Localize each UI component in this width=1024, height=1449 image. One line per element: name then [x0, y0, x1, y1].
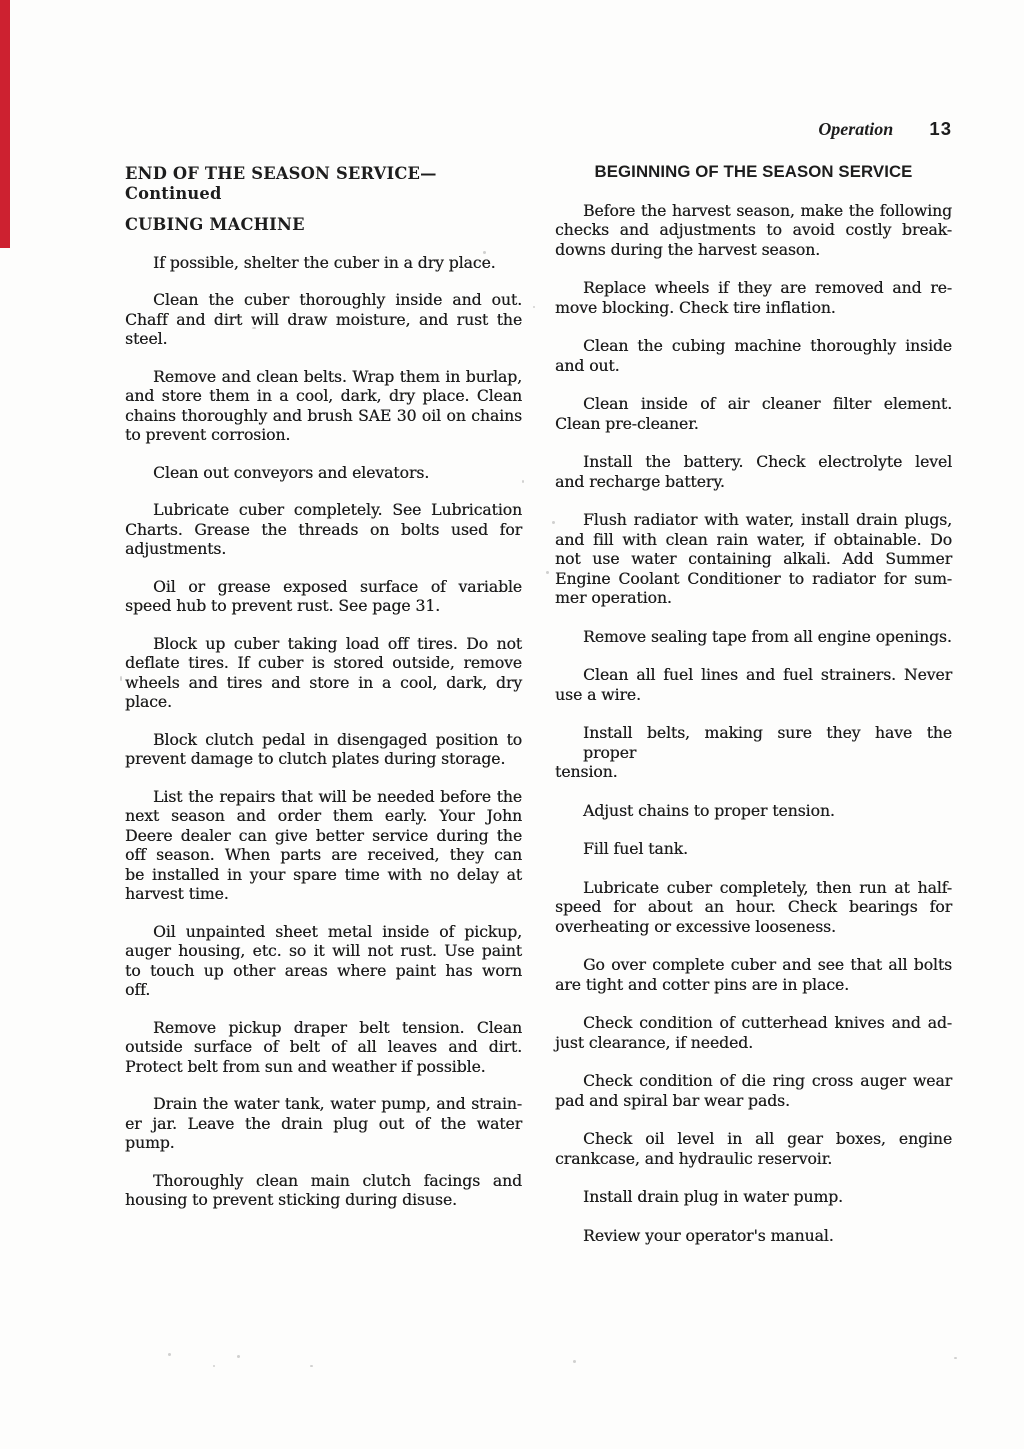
text-line: auger housing, etc. so it will not rust.…	[125, 941, 522, 961]
scan-speck	[252, 327, 256, 329]
paragraph: Check condition of cutterhead knives and…	[555, 1013, 952, 1052]
text-line: Flush radiator with water, install drain…	[555, 510, 952, 530]
text-line: checks and adjustments to avoid costly b…	[555, 220, 952, 240]
paragraph: Remove sealing tape from all engine open…	[555, 627, 952, 647]
text-line: deflate tires. If cuber is stored outsid…	[125, 653, 522, 673]
paragraph: Lubricate cuber completely. See Lubricat…	[125, 500, 522, 559]
text-line: wheels and tires and store in a cool, da…	[125, 673, 522, 693]
text-line: to touch up other areas where paint has …	[125, 961, 522, 981]
text-line: overheating or excessive looseness.	[555, 917, 952, 937]
scan-speck	[237, 1355, 240, 1358]
scan-speck	[310, 1365, 313, 1367]
paragraph: Remove and clean belts. Wrap them in bur…	[125, 367, 522, 445]
text-line: Review your operator's manual.	[555, 1226, 952, 1246]
text-line: move blocking. Check tire inflation.	[555, 298, 952, 318]
text-line: Oil or grease exposed surface of variabl…	[125, 577, 522, 597]
paragraph: List the repairs that will be needed bef…	[125, 787, 522, 904]
text-line: outside surface of belt of all leaves an…	[125, 1037, 522, 1057]
text-line: and fill with clean rain water, if obtai…	[555, 530, 952, 550]
text-line: housing to prevent sticking during disus…	[125, 1190, 522, 1210]
paragraph: Check condition of die ring cross auger …	[555, 1071, 952, 1110]
scan-speck	[483, 251, 486, 254]
text-line: harvest time.	[125, 884, 522, 904]
text-line: mer operation.	[555, 588, 952, 608]
text-line: Check condition of cutterhead knives and…	[555, 1013, 952, 1033]
paragraph: Clean inside of air cleaner filter eleme…	[555, 394, 952, 433]
text-line: off.	[125, 980, 522, 1000]
right-column-heading: BEGINNING OF THE SEASON SERVICE	[555, 162, 952, 182]
text-line: Go over complete cuber and see that all …	[555, 955, 952, 975]
text-line: Chaff and dirt will draw moisture, and r…	[125, 310, 522, 330]
paragraph: Go over complete cuber and see that all …	[555, 955, 952, 994]
paragraph: Lubricate cuber completely, then run at …	[555, 878, 952, 937]
scan-speck	[522, 480, 524, 483]
text-line: speed hub to prevent rust. See page 31.	[125, 596, 522, 616]
left-column: END OF THE SEASON SERVICE—Continued CUBI…	[125, 164, 522, 1210]
text-line: Protect belt from sun and weather if pos…	[125, 1057, 522, 1077]
paragraph: Thoroughly clean main clutch facings and…	[125, 1171, 522, 1210]
text-line: Clean inside of air cleaner filter eleme…	[555, 394, 952, 414]
text-line: are tight and cotter pins are in place.	[555, 975, 952, 995]
text-line: Install belts, making sure they have the…	[555, 723, 952, 762]
paragraph: Adjust chains to proper tension.	[555, 801, 952, 821]
left-column-subheading: CUBING MACHINE	[125, 215, 522, 235]
text-line: just clearance, if needed.	[555, 1033, 952, 1053]
scan-speck	[954, 1357, 957, 1359]
paragraph: Oil unpainted sheet metal inside of pick…	[125, 922, 522, 1000]
text-line: speed for about an hour. Check bearings …	[555, 897, 952, 917]
text-line: prevent damage to clutch plates during s…	[125, 749, 522, 769]
paragraph: Remove pickup draper belt tension. Clean…	[125, 1018, 522, 1077]
text-line: Replace wheels if they are removed and r…	[555, 278, 952, 298]
paragraph: Clean out conveyors and elevators.	[125, 463, 522, 483]
paragraph: Clean the cubing machine thoroughly insi…	[555, 336, 952, 375]
paragraph: Install drain plug in water pump.	[555, 1187, 952, 1207]
text-line: next season and order them early. Your J…	[125, 806, 522, 826]
text-line: Thoroughly clean main clutch facings and	[125, 1171, 522, 1191]
text-line: adjustments.	[125, 539, 522, 559]
scan-speck	[573, 1360, 576, 1363]
paragraph: Replace wheels if they are removed and r…	[555, 278, 952, 317]
text-line: place.	[125, 692, 522, 712]
text-line: Oil unpainted sheet metal inside of pick…	[125, 922, 522, 942]
text-line: Drain the water tank, water pump, and st…	[125, 1094, 522, 1114]
text-line: Remove and clean belts. Wrap them in bur…	[125, 367, 522, 387]
text-line: crankcase, and hydraulic reservoir.	[555, 1149, 952, 1169]
text-line: Fill fuel tank.	[555, 839, 952, 859]
left-column-paragraphs: If possible, shelter the cuber in a dry …	[125, 253, 522, 1210]
paragraph: Block clutch pedal in disengaged positio…	[125, 730, 522, 769]
text-line: Adjust chains to proper tension.	[555, 801, 952, 821]
page-number: 13	[929, 118, 952, 139]
text-line: Install drain plug in water pump.	[555, 1187, 952, 1207]
paragraph: Review your operator's manual.	[555, 1226, 952, 1246]
text-line: Block clutch pedal in disengaged positio…	[125, 730, 522, 750]
text-line: Remove sealing tape from all engine open…	[555, 627, 952, 647]
text-line: Check condition of die ring cross auger …	[555, 1071, 952, 1091]
text-line: Check oil level in all gear boxes, engin…	[555, 1129, 952, 1149]
paragraph: Install the battery. Check electrolyte l…	[555, 452, 952, 491]
text-line: Clean the cuber thoroughly inside and ou…	[125, 290, 522, 310]
text-line: steel.	[125, 329, 522, 349]
text-line: Clean the cubing machine thoroughly insi…	[555, 336, 952, 356]
scan-speck	[552, 521, 555, 524]
text-line: Install the battery. Check electrolyte l…	[555, 452, 952, 472]
paragraph: Drain the water tank, water pump, and st…	[125, 1094, 522, 1153]
text-line: pump.	[125, 1133, 522, 1153]
scan-speck	[168, 1353, 171, 1356]
text-line: and recharge battery.	[555, 472, 952, 492]
right-column: BEGINNING OF THE SEASON SERVICE Before t…	[555, 162, 952, 1245]
paragraph: Fill fuel tank.	[555, 839, 952, 859]
text-line: and store them in a cool, dark, dry plac…	[125, 386, 522, 406]
text-line: er jar. Leave the drain plug out of the …	[125, 1114, 522, 1134]
left-column-heading: END OF THE SEASON SERVICE—Continued	[125, 164, 522, 203]
text-line: Lubricate cuber completely. See Lubricat…	[125, 500, 522, 520]
paragraph: Oil or grease exposed surface of variabl…	[125, 577, 522, 616]
paragraph: Clean the cuber thoroughly inside and ou…	[125, 290, 522, 349]
paragraph: Install belts, making sure they have the…	[555, 723, 952, 782]
text-line: Engine Coolant Conditioner to radiator f…	[555, 569, 952, 589]
paragraph: If possible, shelter the cuber in a dry …	[125, 253, 522, 273]
paragraph: Flush radiator with water, install drain…	[555, 510, 952, 608]
text-line: use a wire.	[555, 685, 952, 705]
scan-speck	[120, 676, 122, 681]
text-line: chains thoroughly and brush SAE 30 oil o…	[125, 406, 522, 426]
text-line: List the repairs that will be needed bef…	[125, 787, 522, 807]
text-line: Clean pre-cleaner.	[555, 414, 952, 434]
text-line: Deere dealer can give better service dur…	[125, 826, 522, 846]
text-line: pad and spiral bar wear pads.	[555, 1091, 952, 1111]
paragraph: Clean all fuel lines and fuel strainers.…	[555, 665, 952, 704]
text-line: to prevent corrosion.	[125, 425, 522, 445]
section-title: Operation	[818, 119, 893, 139]
paragraph: Check oil level in all gear boxes, engin…	[555, 1129, 952, 1168]
text-line: tension.	[555, 762, 952, 782]
text-line: Lubricate cuber completely, then run at …	[555, 878, 952, 898]
scan-speck	[533, 306, 535, 308]
text-line: downs during the harvest season.	[555, 240, 952, 260]
paragraph: Before the harvest season, make the foll…	[555, 201, 952, 260]
scan-speck	[213, 1365, 215, 1367]
paragraph: Block up cuber taking load off tires. Do…	[125, 634, 522, 712]
manual-page: Operation 13 END OF THE SEASON SERVICE—C…	[0, 0, 1024, 1449]
text-line: be installed in your spare time with no …	[125, 865, 522, 885]
text-line: not use water containing alkali. Add Sum…	[555, 549, 952, 569]
text-line: Remove pickup draper belt tension. Clean	[125, 1018, 522, 1038]
text-line: and out.	[555, 356, 952, 376]
page-header: Operation 13	[0, 118, 952, 140]
right-column-paragraphs: Before the harvest season, make the foll…	[555, 201, 952, 1246]
text-line: off season. When parts are received, the…	[125, 845, 522, 865]
text-line: Before the harvest season, make the foll…	[555, 201, 952, 221]
text-line: Clean all fuel lines and fuel strainers.…	[555, 665, 952, 685]
text-line: Block up cuber taking load off tires. Do…	[125, 634, 522, 654]
text-line: Charts. Grease the threads on bolts used…	[125, 520, 522, 540]
text-line: Clean out conveyors and elevators.	[125, 463, 522, 483]
text-line: If possible, shelter the cuber in a dry …	[125, 253, 522, 273]
scan-speck	[546, 571, 549, 574]
